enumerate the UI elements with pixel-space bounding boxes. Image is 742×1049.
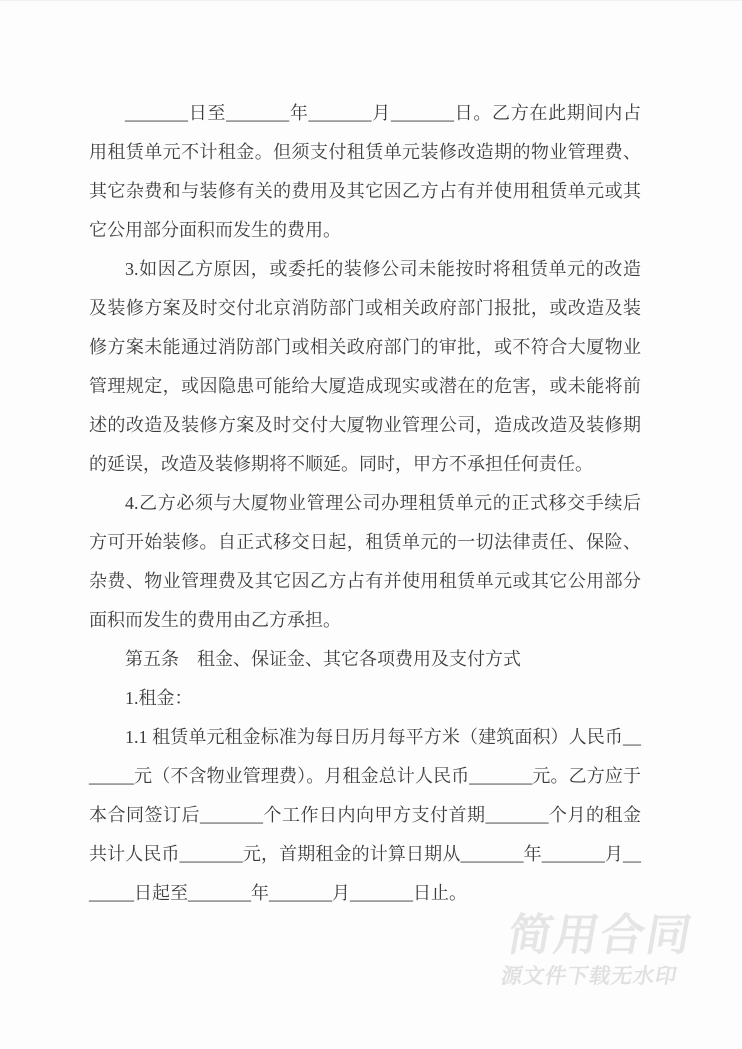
heading-rent-item: 1.租金： [89, 679, 641, 718]
paragraph-rent-standard-and-payment: 1.1 租赁单元租金标准为每日历月每平方米（建筑面积）人民币_______元（不… [89, 718, 641, 913]
contract-body: _______日至_______年_______月_______日。乙方在此期间… [89, 94, 641, 913]
watermark-tagline-text: 源文件下载无水印 [499, 966, 687, 988]
paragraph-clause-3-renovation-approval: 3.如因乙方原因，或委托的装修公司未能按时将租赁单元的改造及装修方案及时交付北京… [89, 250, 641, 484]
paragraph-rent-free-period: _______日至_______年_______月_______日。乙方在此期间… [89, 94, 641, 250]
site-watermark: 简用合同 源文件下载无水印 [499, 912, 696, 988]
heading-article-5-rent-and-fees: 第五条 租金、保证金、其它各项费用及支付方式 [89, 640, 641, 679]
contract-document-page: _______日至_______年_______月_______日。乙方在此期间… [0, 0, 742, 1049]
paragraph-clause-4-handover: 4.乙方必须与大厦物业管理公司办理租赁单元的正式移交手续后方可开始装修。自正式移… [89, 484, 641, 640]
watermark-logo-text: 简用合同 [504, 912, 696, 960]
